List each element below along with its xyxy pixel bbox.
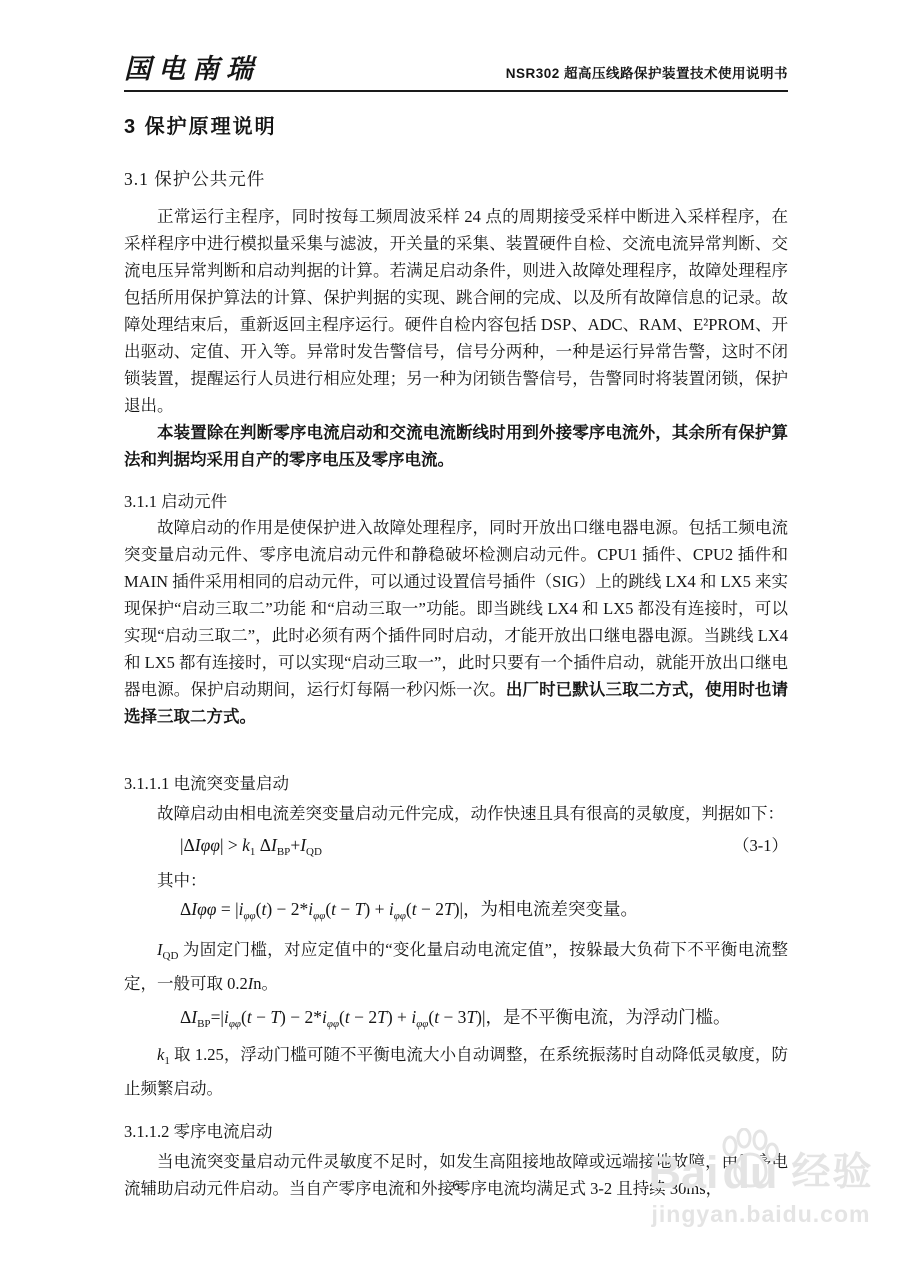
section-heading-3-1-1-1: 3.1.1.1 电流突变量启动: [124, 772, 788, 796]
page-header: 国电南瑞 NSR302 超高压线路保护装置技术使用说明书: [124, 0, 788, 92]
paragraph-device-note: 本装置除在判断零序电流启动和交流电流断线时用到外接零序电流外，其余所有保护算法和…: [124, 419, 788, 473]
document-title: NSR302 超高压线路保护装置技术使用说明书: [506, 62, 788, 85]
company-logo: 国电南瑞: [124, 56, 260, 85]
section-heading-3-1-1: 3.1.1 启动元件: [124, 490, 788, 514]
formula-delta-i-bp: ΔIBP=|iφφ(t − T) − 2*iφφ(t − 2T) + iφφ(t…: [180, 1002, 731, 1039]
paragraph-k1-factor: k1 取 1.25，浮动门槛可随不平衡电流大小自动调整，在系统振荡时自动降低灵敏…: [124, 1041, 788, 1102]
formula-3-1-row: |ΔIφφ| > k1 ΔIBP+IQD （3-1）: [124, 830, 788, 867]
chapter-heading: 3 保护原理说明: [124, 113, 788, 141]
baidu-watermark-url: jingyan.baidu.com: [629, 1201, 893, 1228]
formula-3-1: |ΔIφφ| > k1 ΔIBP+IQD: [180, 830, 322, 867]
baidu-brand-bai: Bai: [648, 1150, 718, 1195]
paragraph-main-program: 正常运行主程序，同时按每工频周波采样 24 点的周期接受采样中断进入采样程序，在…: [124, 203, 788, 419]
baidu-jingyan-badge: 经验: [792, 1153, 874, 1192]
paragraph-startup-element: 故障启动的作用是使保护进入故障处理程序，同时开放出口继电器电源。包括工频电流突变…: [124, 514, 788, 730]
document-page: 国电南瑞 NSR302 超高压线路保护装置技术使用说明书 3 保护原理说明 3.…: [0, 0, 905, 1280]
baidu-brand-du: du: [723, 1147, 778, 1198]
section-heading-3-1-1-2: 3.1.1.2 零序电流启动: [124, 1120, 788, 1144]
where-label: 其中：: [124, 867, 788, 894]
formula-delta-i-bp-row: ΔIBP=|iφφ(t − T) − 2*iφφ(t − 2T) + iφφ(t…: [124, 1002, 788, 1039]
baidu-watermark-brand-row: Bai du 经验: [629, 1150, 893, 1195]
paragraph-iqd-threshold: IQD 为固定门槛，对应定值中的“变化量启动电流定值”，按躲最大负荷下不平衡电流…: [124, 936, 788, 997]
section-heading-3-1: 3.1 保护公共元件: [124, 166, 788, 192]
equation-number-3-1: （3-1）: [733, 831, 788, 861]
baidu-watermark: Bai du 经验 jingyan.baidu.com: [629, 1150, 893, 1228]
paragraph-startup-element-text: 故障启动的作用是使保护进入故障处理程序，同时开放出口继电器电源。包括工频电流突变…: [124, 518, 788, 699]
formula-delta-i-row: ΔIφφ = |iφφ(t) − 2*iφφ(t − T) + iφφ(t − …: [124, 894, 788, 931]
formula-delta-i: ΔIφφ = |iφφ(t) − 2*iφφ(t − T) + iφφ(t − …: [180, 894, 638, 931]
paragraph-current-sudden-change: 故障启动由相电流差突变量启动元件完成，动作快速且具有很高的灵敏度，判据如下：: [124, 800, 788, 827]
